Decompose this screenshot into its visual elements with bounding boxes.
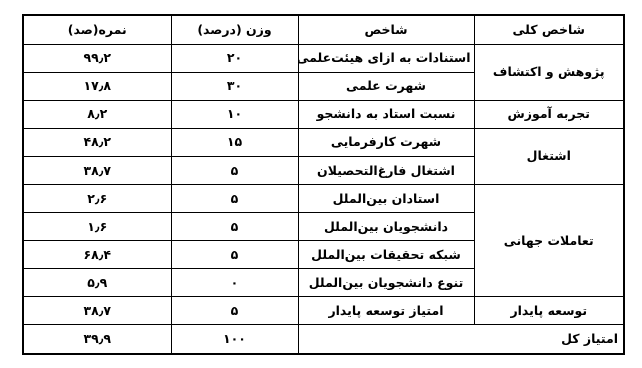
header-weight: وزن (درصد) — [171, 15, 298, 44]
indicator-cell: شهرت علمی — [298, 72, 474, 100]
group-cell-sustainability: توسعه پایدار — [474, 297, 624, 325]
total-score-cell: ۳۹٫۹ — [23, 325, 171, 354]
table-row: تجربه آموزش نسبت استاد به دانشجو ۱۰ ۸٫۲ — [23, 100, 624, 128]
group-cell-learning-experience: تجربه آموزش — [474, 100, 624, 128]
weight-cell: ۵ — [171, 241, 298, 269]
total-weight-cell: ۱۰۰ — [171, 325, 298, 354]
university-ranking-table: شاخص کلی شاخص وزن (درصد) نمره(صد) پژوهش … — [22, 14, 625, 355]
score-cell: ۸٫۲ — [23, 100, 171, 128]
indicator-cell: امتیاز توسعه پایدار — [298, 297, 474, 325]
indicator-cell: نسبت استاد به دانشجو — [298, 100, 474, 128]
table-row: تعاملات جهانی استادان بین‌الملل ۵ ۲٫۶ — [23, 184, 624, 212]
header-score: نمره(صد) — [23, 15, 171, 44]
group-cell-global-engagement: تعاملات جهانی — [474, 184, 624, 296]
indicator-cell: تنوع دانشجویان بین‌الملل — [298, 269, 474, 297]
total-row: امتیاز کل ۱۰۰ ۳۹٫۹ — [23, 325, 624, 354]
weight-cell: ۵ — [171, 297, 298, 325]
indicator-cell: شهرت کارفرمایی — [298, 128, 474, 156]
weight-cell: ۰ — [171, 269, 298, 297]
table-row: اشتغال شهرت کارفرمایی ۱۵ ۴۸٫۲ — [23, 128, 624, 156]
total-label-cell: امتیاز کل — [298, 325, 624, 354]
indicator-cell: دانشجویان بین‌الملل — [298, 213, 474, 241]
score-cell: ۴۸٫۲ — [23, 128, 171, 156]
score-cell: ۳۸٫۷ — [23, 156, 171, 184]
page: شاخص کلی شاخص وزن (درصد) نمره(صد) پژوهش … — [0, 0, 642, 368]
weight-cell: ۵ — [171, 156, 298, 184]
weight-cell: ۲۰ — [171, 44, 298, 72]
weight-cell: ۵ — [171, 213, 298, 241]
weight-cell: ۳۰ — [171, 72, 298, 100]
group-cell-research-discovery: پژوهش و اکتشاف — [474, 44, 624, 100]
group-cell-employability: اشتغال — [474, 128, 624, 184]
score-cell: ۳۸٫۷ — [23, 297, 171, 325]
score-cell: ۵٫۹ — [23, 269, 171, 297]
weight-cell: ۱۰ — [171, 100, 298, 128]
indicator-cell: استنادات به ازای هیئت‌علمی — [298, 44, 474, 72]
header-indicator: شاخص — [298, 15, 474, 44]
score-cell: ۹۹٫۲ — [23, 44, 171, 72]
indicator-cell: استادان بین‌الملل — [298, 184, 474, 212]
indicator-cell: شبکه تحقیقات بین‌الملل — [298, 241, 474, 269]
score-cell: ۶۸٫۴ — [23, 241, 171, 269]
header-overall-index: شاخص کلی — [474, 15, 624, 44]
score-cell: ۱۷٫۸ — [23, 72, 171, 100]
table-row: پژوهش و اکتشاف استنادات به ازای هیئت‌علم… — [23, 44, 624, 72]
score-cell: ۱٫۶ — [23, 213, 171, 241]
header-row: شاخص کلی شاخص وزن (درصد) نمره(صد) — [23, 15, 624, 44]
weight-cell: ۱۵ — [171, 128, 298, 156]
table-row: توسعه پایدار امتیاز توسعه پایدار ۵ ۳۸٫۷ — [23, 297, 624, 325]
indicator-cell: اشتغال فارغ‌التحصیلان — [298, 156, 474, 184]
weight-cell: ۵ — [171, 184, 298, 212]
score-cell: ۲٫۶ — [23, 184, 171, 212]
